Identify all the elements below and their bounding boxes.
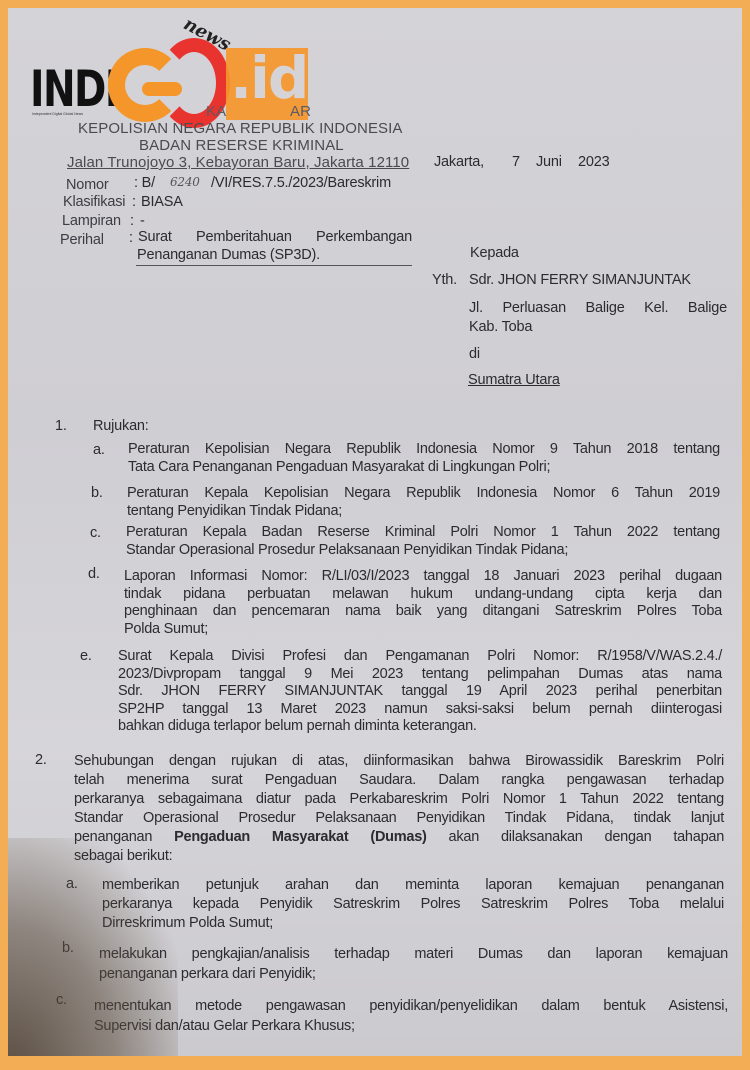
indigo-news-watermark-logo: INDI news .id Independent Digital Global… bbox=[30, 36, 320, 126]
meta-perihal-line-1: Surat Pemberitahuan Perkembangan bbox=[138, 229, 412, 245]
step-c-letter: c. bbox=[56, 992, 67, 1008]
ref-a-letter: a. bbox=[93, 442, 105, 458]
next-item-cutoff: d. menentukan bbox=[574, 1054, 651, 1068]
ref-b-text: Peraturan Kepala Kepolisian Negara Repub… bbox=[127, 485, 720, 520]
step-c-text: menentukan metode pengawasan penyidikan/… bbox=[94, 996, 728, 1036]
section-1-number: 1. bbox=[55, 418, 67, 434]
perihal-underline bbox=[136, 265, 412, 266]
ref-e-text: Surat Kepala Divisi Profesi dan Pengaman… bbox=[118, 648, 722, 736]
recipient-kepada: Kepada bbox=[470, 245, 519, 261]
meta-nomor-label: Nomor bbox=[66, 177, 109, 193]
meta-nomor-value: /VI/RES.7.5./2023/Bareskrim bbox=[211, 175, 391, 191]
section-2-text: Sehubungan dengan rujukan di atas, diinf… bbox=[74, 752, 724, 866]
step-b-text: melakukan pengkajian/analisis terhadap m… bbox=[99, 944, 728, 984]
ref-c-text: Peraturan Kepala Badan Reserse Kriminal … bbox=[126, 524, 720, 559]
letterhead-unit-partial-right: AR bbox=[290, 103, 311, 120]
meta-nomor-handwritten: 6240 bbox=[170, 175, 200, 189]
letterhead-address: Jalan Trunojoyo 3, Kebayoran Baru, Jakar… bbox=[67, 154, 409, 171]
letterhead-institution: KEPOLISIAN NEGARA REPUBLIK INDONESIA bbox=[78, 120, 403, 137]
meta-perihal-label: Perihal bbox=[60, 232, 104, 248]
meta-perihal-sep: : bbox=[129, 230, 133, 246]
recipient-name: Sdr. JHON FERRY SIMANJUNTAK bbox=[469, 272, 691, 288]
letterhead-unit-partial: KA bbox=[206, 103, 226, 120]
letter-page: INDI news .id Independent Digital Global… bbox=[8, 8, 750, 1070]
ref-b-letter: b. bbox=[91, 485, 103, 501]
ref-a-text: Peraturan Kepolisian Negara Republik Ind… bbox=[128, 441, 720, 476]
recipient-address-line-2: Kab. Toba bbox=[469, 319, 532, 335]
meta-perihal-line-2: Penanganan Dumas (SP3D). bbox=[137, 247, 320, 263]
meta-klasifikasi-label: Klasifikasi bbox=[63, 194, 125, 210]
recipient-di: di bbox=[469, 346, 480, 362]
logo-indi-text: INDI bbox=[30, 60, 118, 118]
letter-year: 2023 bbox=[578, 154, 609, 170]
letter-city: Jakarta, bbox=[434, 154, 484, 170]
recipient-address-line-1: Jl. Perluasan Balige Kel. Balige bbox=[469, 300, 727, 316]
recipient-region: Sumatra Utara bbox=[468, 372, 560, 388]
section-2-line-5: penanganan Pengaduan Masyarakat (Dumas) … bbox=[74, 828, 724, 847]
step-b-letter: b. bbox=[62, 940, 74, 956]
meta-lampiran-value: - bbox=[140, 213, 145, 229]
meta-klasifikasi-sep: : bbox=[132, 194, 136, 210]
ref-d-text: Laporan Informasi Nomor: R/LI/03/I/2023 … bbox=[124, 568, 722, 638]
logo-id-text: .id bbox=[230, 44, 307, 112]
section-2-number: 2. bbox=[35, 752, 47, 768]
meta-nomor-sep: : B/ bbox=[134, 175, 155, 191]
logo-tagline: Independent Digital Global News bbox=[32, 112, 83, 116]
letter-month: Juni bbox=[536, 154, 562, 170]
meta-klasifikasi-value: BIASA bbox=[141, 194, 183, 210]
recipient-yth: Yth. bbox=[432, 272, 457, 288]
ref-c-letter: c. bbox=[90, 525, 101, 541]
ref-d-letter: d. bbox=[88, 566, 100, 582]
letter-day: 7 bbox=[512, 154, 520, 170]
step-a-text: memberikan petunjuk arahan dan meminta l… bbox=[102, 876, 724, 933]
meta-lampiran-sep: : bbox=[130, 213, 134, 229]
step-a-letter: a. bbox=[66, 876, 78, 892]
letterhead-agency: BADAN RESERSE KRIMINAL bbox=[139, 137, 344, 154]
section-1-title: Rujukan: bbox=[93, 418, 149, 434]
document-photo-frame: INDI news .id Independent Digital Global… bbox=[0, 0, 750, 1070]
dumas-bold-term: Pengaduan Masyarakat (Dumas) bbox=[174, 829, 427, 845]
meta-lampiran-label: Lampiran bbox=[62, 213, 121, 229]
ref-e-letter: e. bbox=[80, 648, 92, 664]
